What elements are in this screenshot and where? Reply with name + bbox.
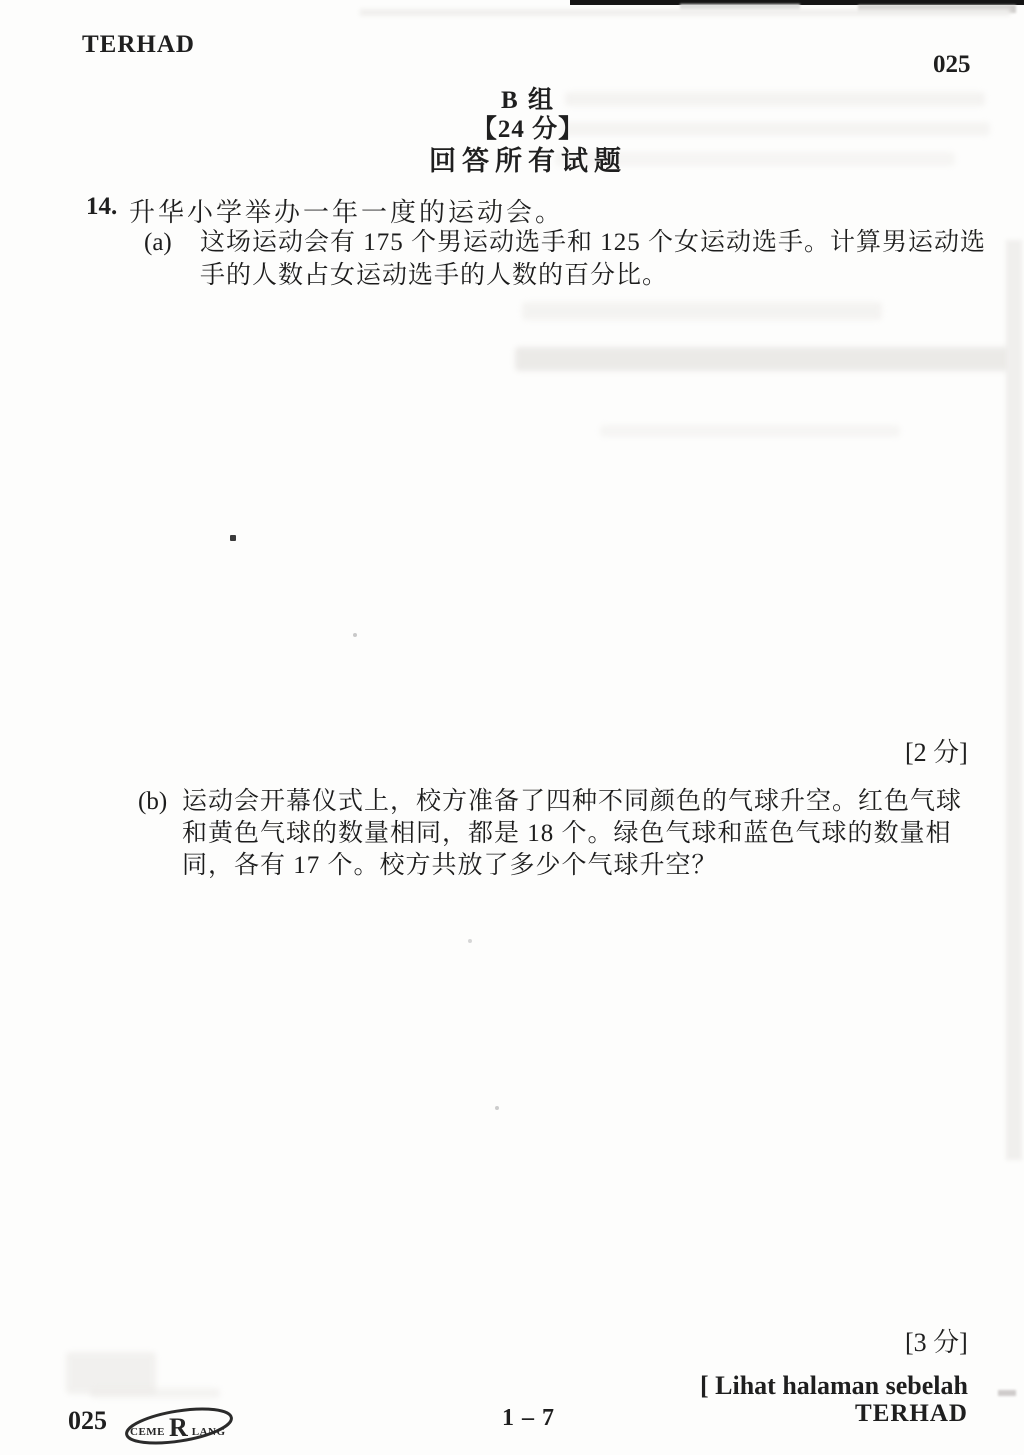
next-page-note: [ Lihat halaman sebelah [700,1371,968,1401]
part-b-label: (b) [138,786,167,818]
section-title: B 组 [16,86,1024,115]
bleed-through-ghost [522,302,882,320]
top-edge-scan-bar [570,0,1024,5]
part-b-text-line: 运动会开幕仪式上，校方准备了四种不同颜色的气球升空。红色气球 [182,786,1016,818]
scan-artifact [858,5,1016,13]
question-number: 14. [86,193,117,221]
scan-artifact [998,1390,1016,1396]
question-part-a: (a) 这场运动会有 175 个男运动选手和 125 个女运动选手。计算男运动选… [144,226,1006,292]
part-b-text-line: 和黄色气球的数量相同，都是 18 个。绿色气球和蓝色气球的数量相 [182,818,1016,850]
question-stem: 升华小学举办一年一度的运动会。 [129,192,564,229]
bleed-through-ghost [600,425,900,437]
svg-text:CEME R LANG: CEME R LANG [130,1413,226,1442]
exam-paper-page: TERHAD 025 B 组 【24 分】 回答所有试题 14. 升华小学举办一… [0,0,1024,1455]
part-a-text-line: 这场运动会有 175 个男运动选手和 125 个女运动选手。计算男运动选 [200,226,1006,259]
page-number: 1 – 7 [502,1405,555,1432]
section-instruction: 回答所有试题 [16,145,1024,177]
section-total-marks: 【24 分】 [16,115,1024,145]
header-paper-code: 025 [933,51,971,79]
part-a-marks: [2 分] [905,732,968,769]
part-a-label: (a) [144,226,172,259]
bleed-through-ghost [90,1388,220,1398]
scan-artifact [680,4,800,10]
ink-speck [353,633,357,637]
footer-paper-code: 025 [68,1406,107,1436]
question-part-b: (b) 运动会开幕仪式上，校方准备了四种不同颜色的气球升空。红色气球 和黄色气球… [138,786,1016,882]
header-classification: TERHAD [82,31,195,59]
part-a-text: 这场运动会有 175 个男运动选手和 125 个女运动选手。计算男运动选 手的人… [200,226,1006,292]
ink-speck [468,939,472,943]
cemerlang-publisher-logo: CEME R LANG [122,1402,240,1452]
part-b-marks: [3 分] [905,1322,968,1359]
bleed-through-ghost [66,1352,156,1394]
part-b-text-line: 同，各有 17 个。校方共放了多少个气球升空？ [182,850,1016,882]
ink-speck [495,1106,499,1110]
footer-classification: TERHAD [855,1400,968,1428]
section-heading: B 组 【24 分】 回答所有试题 [16,86,1024,177]
part-b-text: 运动会开幕仪式上，校方准备了四种不同颜色的气球升空。红色气球 和黄色气球的数量相… [182,786,1016,882]
bleed-through-ghost [515,347,1015,371]
scan-artifact [1006,240,1022,1160]
ink-speck [230,535,236,541]
part-a-text-line: 手的人数占女运动选手的人数的百分比。 [200,259,1006,292]
scan-artifact [360,9,1010,16]
